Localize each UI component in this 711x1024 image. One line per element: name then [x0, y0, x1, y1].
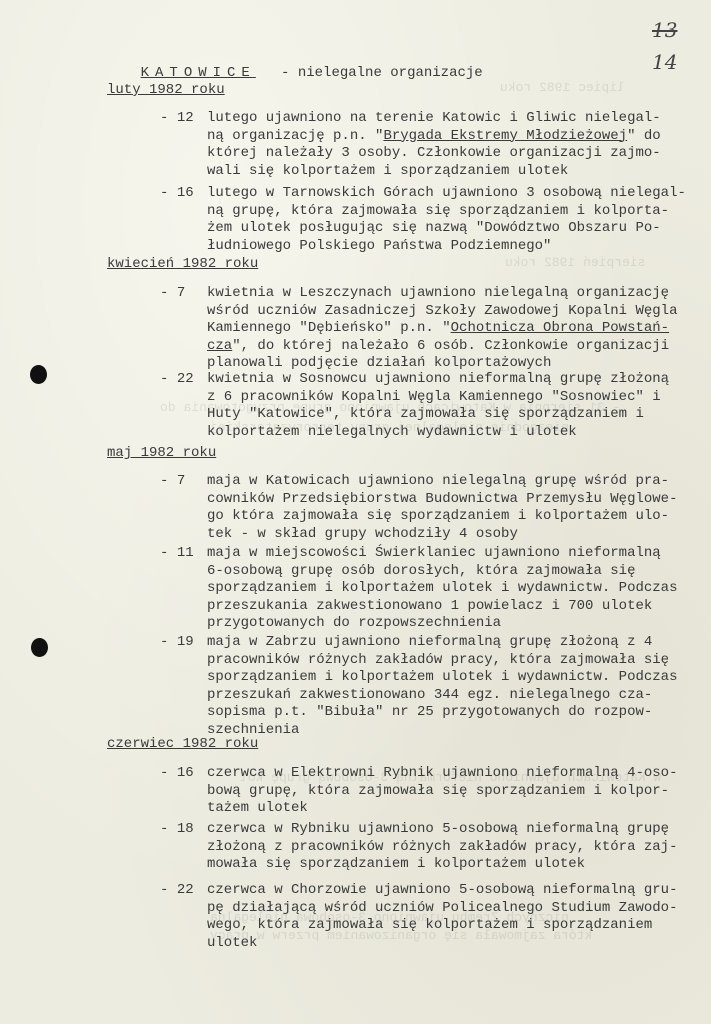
page-number: 14	[652, 50, 677, 74]
organization-name: Brygada Ekstremy Młodzieżowej	[383, 128, 627, 144]
section-header-april: kwiecień 1982 roku	[107, 256, 258, 272]
entry-marker: - 11	[160, 545, 205, 563]
entry-text: maja w Katowicach ujawniono nielegalną g…	[207, 473, 710, 543]
entry-marker: - 12	[160, 110, 205, 128]
entry-marker: - 7	[160, 285, 205, 303]
bleed-through-text: lipiec 1982 roku	[500, 80, 625, 95]
entry: - 16 czerwca w Elektrowni Rybnik ujawnio…	[160, 765, 710, 818]
entry-text: czerwca w Chorzowie ujawniono 5-osobową …	[207, 882, 710, 952]
entry: - 16 lutego w Tarnowskich Górach ujawnio…	[160, 185, 710, 255]
entry-text: lutego ujawniono na terenie Katowic i Gl…	[207, 110, 710, 180]
title-city: KATOWICE	[141, 65, 256, 81]
entry-text: kwietnia w Leszczynach ujawniono nielega…	[207, 285, 710, 373]
entry-marker: - 22	[160, 882, 205, 900]
section-header-june: czerwiec 1982 roku	[107, 736, 258, 752]
entry-marker: - 22	[160, 371, 205, 389]
entry-marker: - 16	[160, 185, 205, 203]
entry: - 11 maja w miejscowości Świerklaniec uj…	[160, 545, 710, 633]
entry-text: lutego w Tarnowskich Górach ujawniono 3 …	[207, 185, 710, 255]
entry: - 12 lutego ujawniono na terenie Katowic…	[160, 110, 710, 180]
document-page: lipiec 1982 roku sierpień 1982 roku - 31…	[0, 0, 711, 1024]
entry: - 7 kwietnia w Leszczynach ujawniono nie…	[160, 285, 710, 373]
entry-text: maja w miejscowości Świerklaniec ujawnio…	[207, 545, 710, 633]
entry-marker: - 19	[160, 634, 205, 652]
entry-text: czerwca w Rybniku ujawniono 5-osobową ni…	[207, 821, 710, 874]
entry: - 22 kwietnia w Sosnowcu ujawniono niefo…	[160, 371, 710, 441]
bleed-through-text: sierpień 1982 roku	[505, 255, 645, 270]
entry-marker: - 18	[160, 821, 205, 839]
section-header-february: luty 1982 roku	[107, 82, 225, 98]
entry: - 19 maja w Zabrzu ujawniono nieformalną…	[160, 634, 710, 739]
section-header-may: maj 1982 roku	[107, 445, 216, 461]
entry-marker: - 7	[160, 473, 205, 491]
entry: - 7 maja w Katowicach ujawniono nielegal…	[160, 473, 710, 543]
entry-text: maja w Zabrzu ujawniono nieformalną grup…	[207, 634, 710, 739]
page-number-crossed-out: 13	[652, 18, 677, 42]
entry-text: czerwca w Elektrowni Rybnik ujawniono ni…	[207, 765, 710, 818]
punch-hole	[30, 365, 47, 384]
entry: - 22 czerwca w Chorzowie ujawniono 5-oso…	[160, 882, 710, 952]
entry: - 18 czerwca w Rybniku ujawniono 5-osobo…	[160, 821, 710, 874]
entry-marker: - 16	[160, 765, 205, 783]
title-subtitle: - nielegalne organizacje	[281, 65, 483, 81]
entry-text: kwietnia w Sosnowcu ujawniono nieformaln…	[207, 371, 710, 441]
punch-hole	[31, 638, 48, 657]
